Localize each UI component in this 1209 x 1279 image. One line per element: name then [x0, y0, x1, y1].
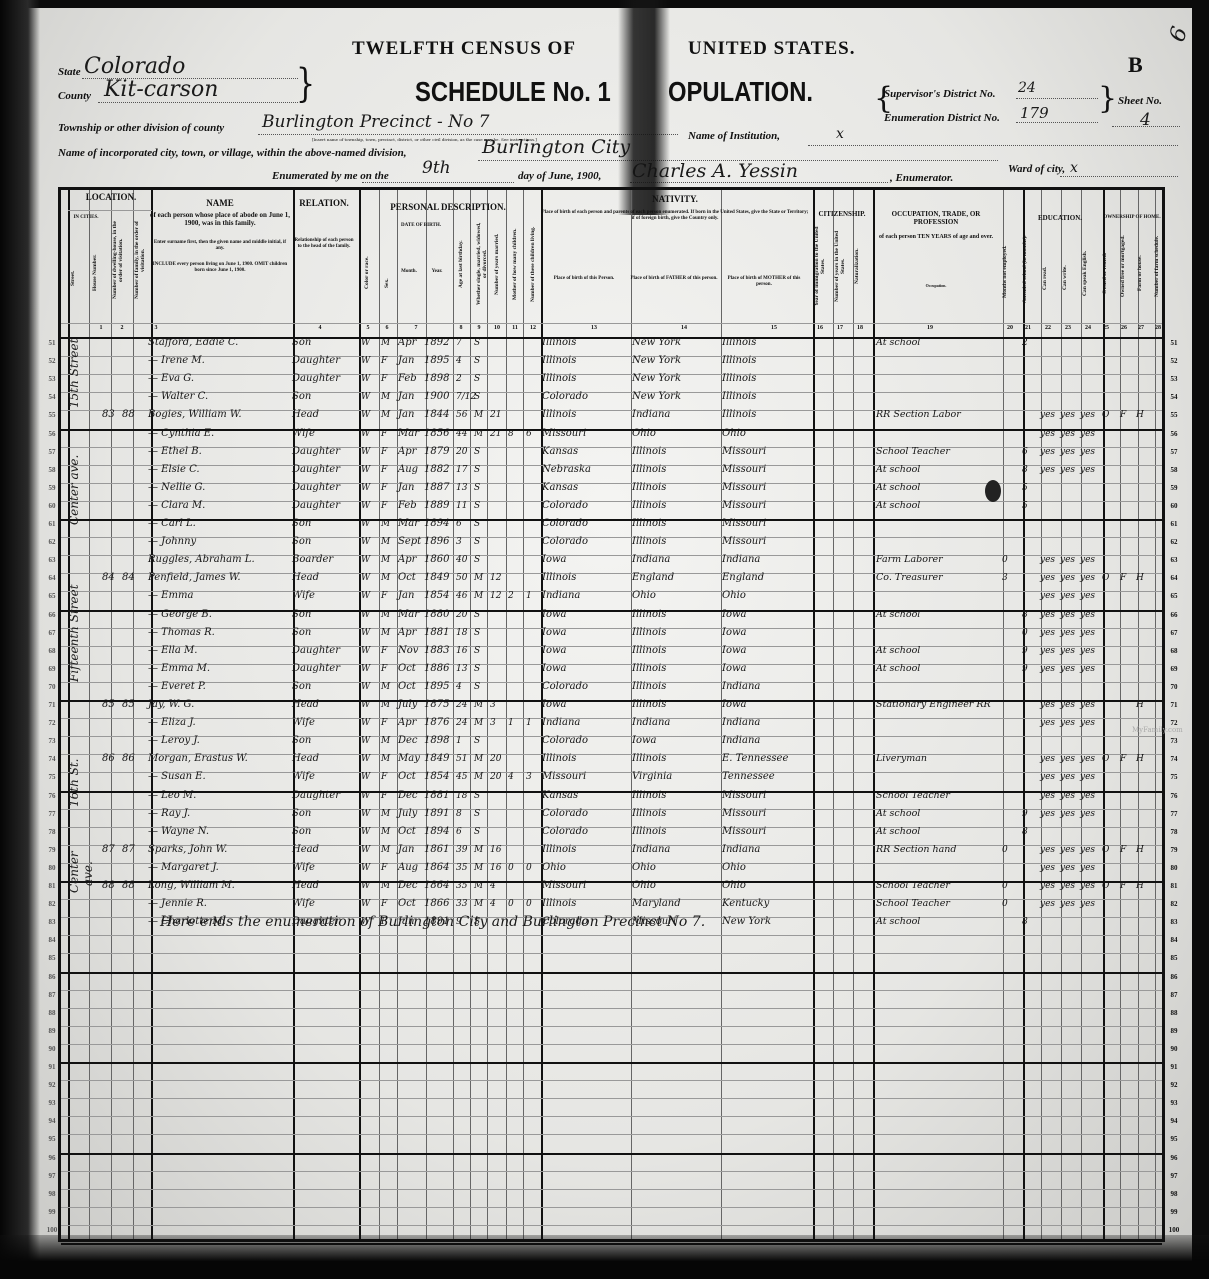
col-owned-rented: Owned or rented.	[1102, 240, 1108, 306]
months-not-employed: 0	[1002, 895, 1008, 913]
farm-house: H	[1136, 841, 1144, 859]
column-number: 6	[379, 325, 395, 331]
color: W	[361, 352, 370, 370]
line-number-left: 67	[44, 629, 60, 637]
occupation: At school	[876, 913, 920, 931]
birth-year: 1876	[424, 714, 449, 732]
owned-free: F	[1120, 750, 1126, 768]
birthplace-person: Colorado	[542, 497, 588, 515]
birth-year: 1864	[424, 859, 449, 877]
sex: F	[381, 660, 387, 678]
line-number: 64	[1166, 574, 1182, 582]
line-number: 99	[1166, 1208, 1182, 1216]
children-living: 0	[526, 895, 532, 913]
birth-year: 1854	[424, 587, 449, 605]
birthplace-father: New York	[632, 334, 681, 352]
birthplace-person: Illinois	[542, 569, 576, 587]
marital-status: M	[474, 425, 483, 443]
color: W	[361, 497, 370, 515]
column-number: 23	[1060, 325, 1076, 331]
col-farm-house: Farm or house.	[1137, 240, 1143, 306]
birth-year: 1900	[424, 388, 449, 406]
sex: F	[381, 352, 387, 370]
col-date-of-birth: DATE OF BIRTH.	[396, 222, 446, 230]
line-number-left: 78	[44, 828, 60, 836]
months-not-employed: 0	[1002, 841, 1008, 859]
line-number: 77	[1166, 810, 1182, 818]
birthplace-father: Indiana	[632, 551, 670, 569]
birthplace-mother: Iowa	[722, 696, 747, 714]
birthplace-mother: Missouri	[722, 533, 766, 551]
ward-label: Ward of city,	[1008, 163, 1065, 175]
age: 40	[456, 551, 467, 569]
line-number-left: 76	[44, 792, 60, 800]
age: 51	[456, 750, 467, 768]
birthplace-mother: Illinois	[722, 334, 756, 352]
township-label: Township or other division of county	[58, 122, 224, 134]
line-number: 54	[1166, 393, 1182, 401]
sheet-label: Sheet No.	[1118, 95, 1162, 107]
birthplace-father: Illinois	[632, 624, 666, 642]
col-month: Month.	[395, 268, 423, 276]
column-number: 24	[1080, 325, 1096, 331]
owned-rented: O	[1102, 750, 1109, 768]
column-number: 13	[586, 325, 602, 331]
line-number: 97	[1166, 1172, 1182, 1180]
line-number-left: 52	[44, 357, 60, 365]
birthplace-person: Illinois	[542, 352, 576, 370]
owned-rented: O	[1102, 569, 1109, 587]
line-number: 62	[1166, 538, 1182, 546]
sex: M	[381, 388, 390, 406]
birth-year: 1880	[424, 606, 449, 624]
birthplace-father: Illinois	[632, 642, 666, 660]
scan-smudge	[618, 0, 670, 215]
birthplace-person: Illinois	[542, 750, 576, 768]
can-read: yes	[1040, 787, 1055, 805]
relation: Son	[292, 388, 311, 406]
line-number: 90	[1166, 1045, 1182, 1053]
color: W	[361, 443, 370, 461]
sex: M	[381, 606, 390, 624]
line-number: 100	[1166, 1226, 1182, 1234]
line-number: 79	[1166, 846, 1182, 854]
years-married: 20	[490, 768, 501, 786]
col-birth-person: Place of birth of this Person.	[540, 276, 628, 282]
birth-year: 1879	[424, 443, 449, 461]
birthplace-mother: Missouri	[722, 515, 766, 533]
state-value: Colorado	[84, 54, 185, 79]
birth-month: Mar	[398, 425, 419, 443]
person-name: Jay, W. G.	[148, 696, 194, 714]
owned-rented: O	[1102, 841, 1109, 859]
birthplace-father: Illinois	[632, 823, 666, 841]
sex: F	[381, 859, 387, 877]
marital-status: M	[474, 859, 483, 877]
line-number: 69	[1166, 665, 1182, 673]
birth-year: 1892	[424, 334, 449, 352]
birth-month: Nov	[398, 642, 418, 660]
scan-right-border	[1192, 0, 1209, 1279]
line-number-left: 99	[44, 1208, 60, 1216]
birthplace-person: Iowa	[542, 624, 567, 642]
age: 39	[456, 841, 467, 859]
birth-month: Oct	[398, 768, 416, 786]
sex: F	[381, 443, 387, 461]
years-married: 12	[490, 569, 501, 587]
attended-school: 9	[1022, 805, 1028, 823]
birthplace-mother: Missouri	[722, 443, 766, 461]
birthplace-person: Kansas	[542, 443, 578, 461]
can-speak-english: yes	[1080, 642, 1095, 660]
birth-month: Sept	[398, 533, 421, 551]
birth-month: Mar	[398, 606, 419, 624]
birth-month: Feb	[398, 497, 417, 515]
birthplace-person: Kansas	[542, 787, 578, 805]
occupation: Stationary Engineer RR	[876, 696, 991, 714]
person-name: Stafford, Eddie C.	[148, 334, 238, 352]
col-sex: Sex.	[384, 260, 390, 306]
line-number: 70	[1166, 683, 1182, 691]
col-farm-schedule: Number of farm schedule.	[1154, 226, 1160, 306]
line-number: 84	[1166, 936, 1182, 944]
line-number-left: 87	[44, 991, 60, 999]
can-read: yes	[1040, 443, 1055, 461]
line-number: 56	[1166, 430, 1182, 438]
schedule-title-right: OPULATION.	[668, 76, 813, 108]
person-name: — Clara M.	[148, 497, 205, 515]
birthplace-mother: Missouri	[722, 823, 766, 841]
marital-status: S	[474, 370, 480, 388]
birthplace-person: Iowa	[542, 660, 567, 678]
birthplace-mother: Missouri	[722, 479, 766, 497]
can-write: yes	[1060, 714, 1075, 732]
years-married: 20	[490, 750, 501, 768]
ed-label: Enumeration District No.	[884, 112, 1000, 124]
attended-school: 6	[1022, 443, 1028, 461]
age: 17	[456, 461, 467, 479]
age: 6	[456, 515, 462, 533]
birth-year: 1849	[424, 569, 449, 587]
birthplace-father: Virginia	[632, 768, 672, 786]
birth-month: Oct	[398, 660, 416, 678]
street-label: Center ave.	[67, 855, 95, 893]
sheet-value: 4	[1140, 110, 1151, 130]
line-number-left: 71	[44, 701, 60, 709]
can-speak-english: yes	[1080, 714, 1095, 732]
line-number-left: 68	[44, 647, 60, 655]
sex: M	[381, 877, 390, 895]
birthplace-mother: Ohio	[722, 877, 746, 895]
scan-bottom-border	[0, 1235, 1209, 1279]
line-number-left: 95	[44, 1135, 60, 1143]
line-number-left: 63	[44, 556, 60, 564]
birthplace-person: Iowa	[542, 551, 567, 569]
line-number-left: 70	[44, 683, 60, 691]
col-naturalization: Naturalization.	[854, 226, 860, 306]
age: 3	[456, 533, 462, 551]
relation: Daughter	[292, 479, 340, 497]
street-label: 16th St.	[67, 728, 81, 838]
line-number: 55	[1166, 411, 1182, 419]
column-number: 22	[1040, 325, 1056, 331]
birth-year: 1854	[424, 768, 449, 786]
line-number: 85	[1166, 954, 1182, 962]
line-number: 61	[1166, 520, 1182, 528]
birth-month: Feb	[398, 370, 417, 388]
col-occupation-desc: of each person TEN YEARS of age and over…	[872, 233, 1000, 241]
birthplace-person: Colorado	[542, 678, 588, 696]
birthplace-person: Illinois	[542, 406, 576, 424]
col-attended-school: Attended school (in months).	[1022, 232, 1028, 306]
sex: F	[381, 768, 387, 786]
line-number: 96	[1166, 1154, 1182, 1162]
birth-year: 1891	[424, 805, 449, 823]
months-not-employed: 3	[1002, 569, 1008, 587]
sex: M	[381, 569, 390, 587]
person-name: Ruggles, Abraham L.	[148, 551, 255, 569]
sex: M	[381, 515, 390, 533]
color: W	[361, 841, 370, 859]
mother-of: 1	[508, 714, 514, 732]
birthplace-mother: Ohio	[722, 425, 746, 443]
dwelling-number: 83	[102, 406, 115, 424]
schedule-title-left: SCHEDULE No. 1	[415, 76, 611, 108]
line-number-left: 66	[44, 611, 60, 619]
birth-year: 1894	[424, 515, 449, 533]
can-read: yes	[1040, 587, 1055, 605]
relation: Son	[292, 624, 311, 642]
column-number: 27	[1133, 325, 1149, 331]
can-speak-english: yes	[1080, 606, 1095, 624]
birthplace-father: Ohio	[632, 587, 656, 605]
can-read: yes	[1040, 714, 1055, 732]
column-number: 26	[1116, 325, 1132, 331]
occupation: School Teacher	[876, 787, 950, 805]
birthplace-mother: Illinois	[722, 370, 756, 388]
line-number-left: 94	[44, 1117, 60, 1125]
can-speak-english: yes	[1080, 443, 1095, 461]
person-name: — Eva G.	[148, 370, 194, 388]
years-married: 3	[490, 696, 496, 714]
age: 20	[456, 606, 467, 624]
col-color: Color or race.	[364, 240, 370, 306]
relation: Daughter	[292, 660, 340, 678]
line-number: 92	[1166, 1081, 1182, 1089]
birth-month: Apr	[398, 624, 416, 642]
color: W	[361, 768, 370, 786]
color: W	[361, 606, 370, 624]
can-write: yes	[1060, 859, 1075, 877]
mother-of: 8	[508, 425, 514, 443]
sex: F	[381, 461, 387, 479]
census-title-left: TWELFTH CENSUS OF	[352, 38, 576, 60]
can-speak-english: yes	[1080, 425, 1095, 443]
color: W	[361, 877, 370, 895]
can-speak-english: yes	[1080, 660, 1095, 678]
birthplace-mother: England	[722, 569, 764, 587]
occupation: RR Section Labor	[876, 406, 961, 424]
color: W	[361, 805, 370, 823]
color: W	[361, 533, 370, 551]
color: W	[361, 895, 370, 913]
attended-school: 5	[1022, 497, 1028, 515]
birth-year: 1896	[424, 533, 449, 551]
column-number: 2	[114, 325, 130, 331]
column-number: 14	[676, 325, 692, 331]
birth-year: 1898	[424, 370, 449, 388]
column-number: 12	[525, 325, 541, 331]
birthplace-person: Indiana	[542, 714, 580, 732]
line-number: 87	[1166, 991, 1182, 999]
col-education: EDUCATION.	[1020, 214, 1100, 222]
birth-month: Dec	[398, 877, 418, 895]
marital-status: S	[474, 678, 480, 696]
line-number-left: 89	[44, 1027, 60, 1035]
line-number-left: 92	[44, 1081, 60, 1089]
birthplace-person: Colorado	[542, 732, 588, 750]
line-number: 89	[1166, 1027, 1182, 1035]
birthplace-father: Ohio	[632, 859, 656, 877]
birthplace-person: Illinois	[542, 841, 576, 859]
birth-year: 1881	[424, 624, 449, 642]
attended-school: 9	[1022, 642, 1028, 660]
children-living: 1	[526, 587, 532, 605]
age: 4	[456, 678, 462, 696]
can-speak-english: yes	[1080, 841, 1095, 859]
birth-year: 1866	[424, 895, 449, 913]
color: W	[361, 370, 370, 388]
line-number-left: 96	[44, 1154, 60, 1162]
marital-status: S	[474, 660, 480, 678]
can-write: yes	[1060, 551, 1075, 569]
person-name: — Ethel B.	[148, 443, 202, 461]
marital-status: M	[474, 587, 483, 605]
person-name: — Leroy J.	[148, 732, 200, 750]
col-children-living: Number of these children living.	[530, 222, 536, 306]
marital-status: S	[474, 388, 480, 406]
birthplace-father: Illinois	[632, 787, 666, 805]
color: W	[361, 479, 370, 497]
mother-of: 4	[508, 768, 514, 786]
line-number-left: 80	[44, 864, 60, 872]
birth-month: July	[398, 696, 417, 714]
birthplace-mother: Indiana	[722, 732, 760, 750]
color: W	[361, 624, 370, 642]
col-months-not-employed: Months not employed.	[1002, 238, 1008, 306]
line-number: 60	[1166, 502, 1182, 510]
can-write: yes	[1060, 805, 1075, 823]
birth-month: July	[398, 805, 417, 823]
relation: Head	[292, 750, 319, 768]
owned-free: F	[1120, 406, 1126, 424]
col-occupation-sub: Occupation.	[872, 282, 1000, 290]
col-can-write: Can write.	[1062, 250, 1068, 306]
marital-status: M	[474, 750, 483, 768]
line-number-left: 90	[44, 1045, 60, 1053]
city-value: Burlington City	[482, 136, 630, 158]
birth-year: 1849	[424, 750, 449, 768]
age: 6	[456, 823, 462, 841]
line-number: 51	[1166, 339, 1182, 347]
can-read: yes	[1040, 768, 1055, 786]
person-name: Long, William M.	[148, 877, 235, 895]
birthplace-mother: Iowa	[722, 660, 747, 678]
birth-month: Jan	[398, 388, 414, 406]
person-name: — Elsie C.	[148, 461, 200, 479]
birth-year: 1895	[424, 352, 449, 370]
sex: F	[381, 714, 387, 732]
birthplace-mother: New York	[722, 913, 771, 931]
column-number: 28	[1150, 325, 1166, 331]
can-write: yes	[1060, 895, 1075, 913]
can-read: yes	[1040, 642, 1055, 660]
birthplace-father: Illinois	[632, 606, 666, 624]
sex: F	[381, 479, 387, 497]
birthplace-mother: Illinois	[722, 388, 756, 406]
birthplace-father: Illinois	[632, 443, 666, 461]
relation: Head	[292, 569, 319, 587]
line-number: 86	[1166, 973, 1182, 981]
can-write: yes	[1060, 606, 1075, 624]
line-number-left: 73	[44, 737, 60, 745]
birth-month: Aug	[398, 859, 418, 877]
line-number-left: 93	[44, 1099, 60, 1107]
institution-label: Name of Institution,	[688, 130, 780, 142]
relation: Son	[292, 606, 311, 624]
age: 44	[456, 425, 467, 443]
brace-right: }	[1098, 84, 1117, 114]
ward-value: x	[1070, 160, 1078, 176]
birthplace-father: Illinois	[632, 461, 666, 479]
person-name: — Wayne N.	[148, 823, 209, 841]
age: 7	[456, 334, 462, 352]
relation: Wife	[292, 425, 315, 443]
can-read: yes	[1040, 406, 1055, 424]
occupation: Farm Laborer	[876, 551, 943, 569]
person-name: — Carl L.	[148, 515, 196, 533]
person-name: — Everet P.	[148, 678, 206, 696]
sex: F	[381, 642, 387, 660]
person-name: — Walter C.	[148, 388, 208, 406]
relation: Daughter	[292, 443, 340, 461]
birth-month: Jan	[398, 841, 414, 859]
birthplace-father: New York	[632, 370, 681, 388]
sex: M	[381, 334, 390, 352]
relation: Head	[292, 696, 319, 714]
occupation: At school	[876, 461, 920, 479]
can-write: yes	[1060, 696, 1075, 714]
line-number-left: 81	[44, 882, 60, 890]
col-years-in-us: Number of years in the United States.	[834, 226, 846, 306]
age: 33	[456, 895, 467, 913]
can-write: yes	[1060, 587, 1075, 605]
supervisor-label: Supervisor's District No.	[884, 88, 996, 100]
age: 45	[456, 768, 467, 786]
age: 20	[456, 443, 467, 461]
line-number: 73	[1166, 737, 1182, 745]
line-number: 94	[1166, 1117, 1182, 1125]
owned-free: F	[1120, 841, 1126, 859]
can-write: yes	[1060, 425, 1075, 443]
birthplace-person: Ohio	[542, 859, 566, 877]
family-number: 87	[122, 841, 135, 859]
person-name: Penfield, James W.	[148, 569, 241, 587]
children-living: 1	[526, 714, 532, 732]
col-owned-free: Owned free or mortgaged.	[1120, 226, 1126, 306]
birth-year: 1886	[424, 660, 449, 678]
column-number: 10	[489, 325, 505, 331]
